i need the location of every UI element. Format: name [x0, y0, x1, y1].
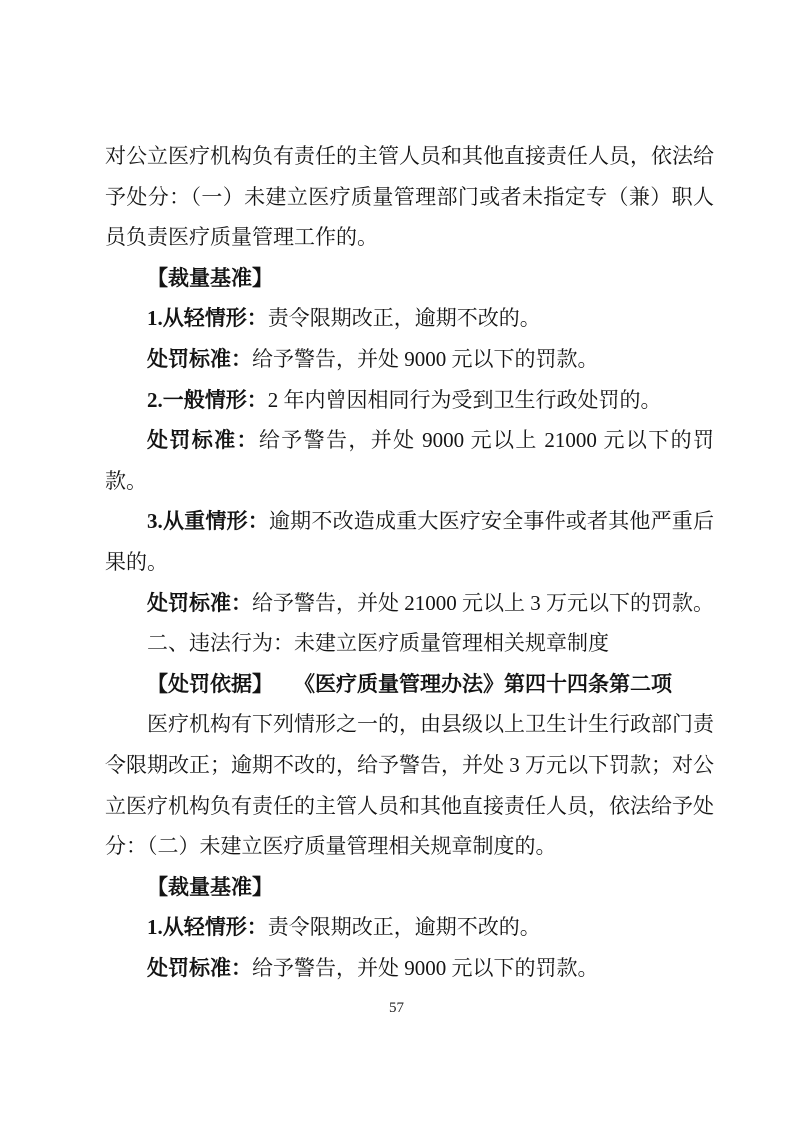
text-run: 给予警告，并处 9000 元以下的罚款。: [252, 956, 599, 980]
paragraph: 对公立医疗机构负有责任的主管人员和其他直接责任人员，依法给予处分：（一）未建立医…: [105, 136, 714, 258]
text-run: 给予警告，并处 9000 元以下的罚款。: [252, 347, 599, 371]
text-run-bold: 1.从轻情形：: [147, 306, 268, 330]
text-run: 二、违法行为：未建立医疗质量管理相关规章制度: [147, 631, 609, 655]
text-run: 责令限期改正，逾期不改的。: [268, 915, 541, 939]
page-footer: 57: [0, 998, 793, 1018]
page-number: 57: [389, 1000, 404, 1016]
text-run-bold: 3.从重情形：: [147, 509, 269, 533]
text-run-bold: 处罚标准：: [147, 428, 259, 452]
paragraph: 2.一般情形：2 年内曾因相同行为受到卫生行政处罚的。: [105, 380, 714, 421]
text-run: [263, 672, 305, 696]
paragraph: 1.从轻情形：责令限期改正，逾期不改的。: [105, 298, 714, 339]
paragraph: 3.从重情形：逾期不改造成重大医疗安全事件或者其他严重后果的。: [105, 501, 714, 582]
paragraph: 处罚标准：给予警告，并处 9000 元以下的罚款。: [105, 339, 714, 380]
text-run-bold: 《医疗质量管理办法》第四十四条第二项: [305, 672, 673, 696]
paragraph: 【处罚依据】 《医疗质量管理办法》第四十四条第二项: [105, 664, 714, 705]
document-page: 对公立医疗机构负有责任的主管人员和其他直接责任人员，依法给予处分：（一）未建立医…: [0, 0, 793, 1122]
paragraph: 处罚标准：给予警告，并处 9000 元以下的罚款。: [105, 948, 714, 989]
text-run: 责令限期改正，逾期不改的。: [268, 306, 541, 330]
text-run: 2 年内曾因相同行为受到卫生行政处罚的。: [268, 388, 662, 412]
text-run-bold: 【裁量基准】: [147, 875, 273, 899]
text-run-bold: 处罚标准：: [147, 347, 252, 371]
paragraph: 【裁量基准】: [105, 867, 714, 908]
text-run-bold: 【裁量基准】: [147, 266, 273, 290]
paragraph: 1.从轻情形：责令限期改正，逾期不改的。: [105, 907, 714, 948]
text-run-bold: 处罚标准：: [147, 591, 252, 615]
paragraph: 处罚标准：给予警告，并处 9000 元以上 21000 元以下的罚款。: [105, 420, 714, 501]
text-run-bold: 2.一般情形：: [147, 388, 268, 412]
paragraph: 医疗机构有下列情形之一的，由县级以上卫生计生行政部门责令限期改正；逾期不改的，给…: [105, 704, 714, 866]
text-run-bold: 处罚标准：: [147, 956, 252, 980]
paragraph: 二、违法行为：未建立医疗质量管理相关规章制度: [105, 623, 714, 664]
text-run: 对公立医疗机构负有责任的主管人员和其他直接责任人员，依法给予处分：（一）未建立医…: [105, 144, 714, 249]
text-run: 医疗机构有下列情形之一的，由县级以上卫生计生行政部门责令限期改正；逾期不改的，给…: [105, 712, 714, 858]
document-body: 对公立医疗机构负有责任的主管人员和其他直接责任人员，依法给予处分：（一）未建立医…: [105, 136, 714, 988]
text-run: 给予警告，并处 21000 元以上 3 万元以下的罚款。: [252, 591, 714, 615]
paragraph: 【裁量基准】: [105, 258, 714, 299]
text-run-bold: 【处罚依据】: [147, 672, 263, 696]
text-run-bold: 1.从轻情形：: [147, 915, 268, 939]
paragraph: 处罚标准：给予警告，并处 21000 元以上 3 万元以下的罚款。: [105, 583, 714, 624]
